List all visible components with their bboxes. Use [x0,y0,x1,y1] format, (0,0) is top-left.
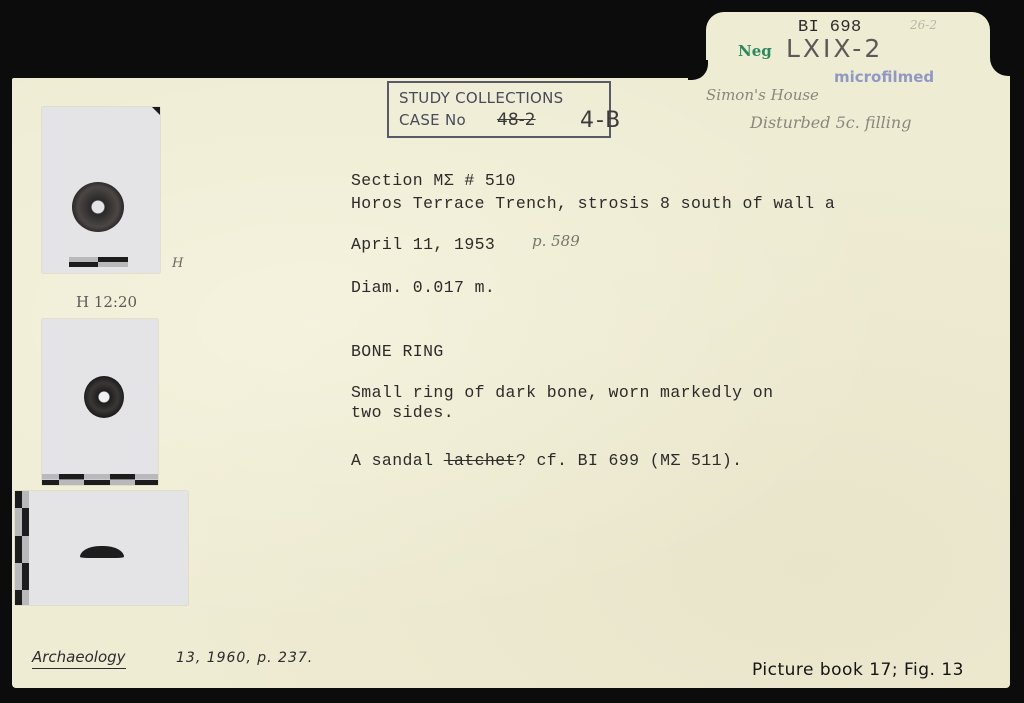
scale-bar [42,474,158,485]
stamp-case-prefix: CASE No [399,111,466,129]
bone-ring-image [72,182,124,232]
bone-ring-profile-image [80,546,124,558]
location-note-line2: Disturbed 5c. filling [750,113,911,132]
picture-book-reference: Picture book 17; Fig. 13 [752,660,964,680]
description-line1: Small ring of dark bone, worn markedly o… [351,383,773,402]
date-line: April 11, 1953 [351,235,495,254]
photo-side-view [15,491,188,605]
bibliography-journal: Archaeology [32,648,126,669]
date-page-note: p. 589 [532,232,580,250]
bibliography-reference: 13, 1960, p. 237. [176,650,313,666]
case-number-current: 4-B [580,108,622,133]
scale-bar-segment [69,262,98,267]
tab-corner-note: 26-2 [910,18,937,32]
section-line: Section ΜΣ # 510 [351,171,516,190]
findspot-line: Horos Terrace Trench, strosis 8 south of… [351,194,835,213]
photo-corner-mount [152,107,160,115]
location-note-line1: Simon's House [706,86,819,104]
microfilmed-stamp: microfilmed [834,68,934,86]
diameter-line: Diam. 0.017 m. [351,278,495,297]
negative-label: Neg [738,42,772,60]
description-line2: two sides. [351,403,454,422]
note-line: A sandal latchet? cf. BI 699 (ΜΣ 511). [351,451,742,470]
photo1-side-mark: H [172,256,183,271]
case-number-struck: 48-2 [497,110,536,130]
photo-top-view-2 [42,319,158,485]
negative-number: LXIX-2 [786,34,883,63]
scale-bar-segment [98,262,128,267]
tab-shoulder-right [986,50,1010,80]
study-collections-stamp: STUDY COLLECTIONS CASE No 48-2 [387,81,611,138]
note-suffix: ? cf. BI 699 (ΜΣ 511). [516,451,743,470]
tab-shoulder-left [690,62,710,80]
note-struck-word: latchet [444,451,516,470]
stamp-line1: STUDY COLLECTIONS [399,89,564,107]
photo-top-view-1 [42,107,160,273]
object-title: BONE RING [351,342,444,361]
bone-ring-image [84,376,124,418]
note-prefix: A sandal [351,451,444,470]
vertical-scale-bar [15,491,29,605]
photo1-label: H 12:20 [76,293,137,311]
